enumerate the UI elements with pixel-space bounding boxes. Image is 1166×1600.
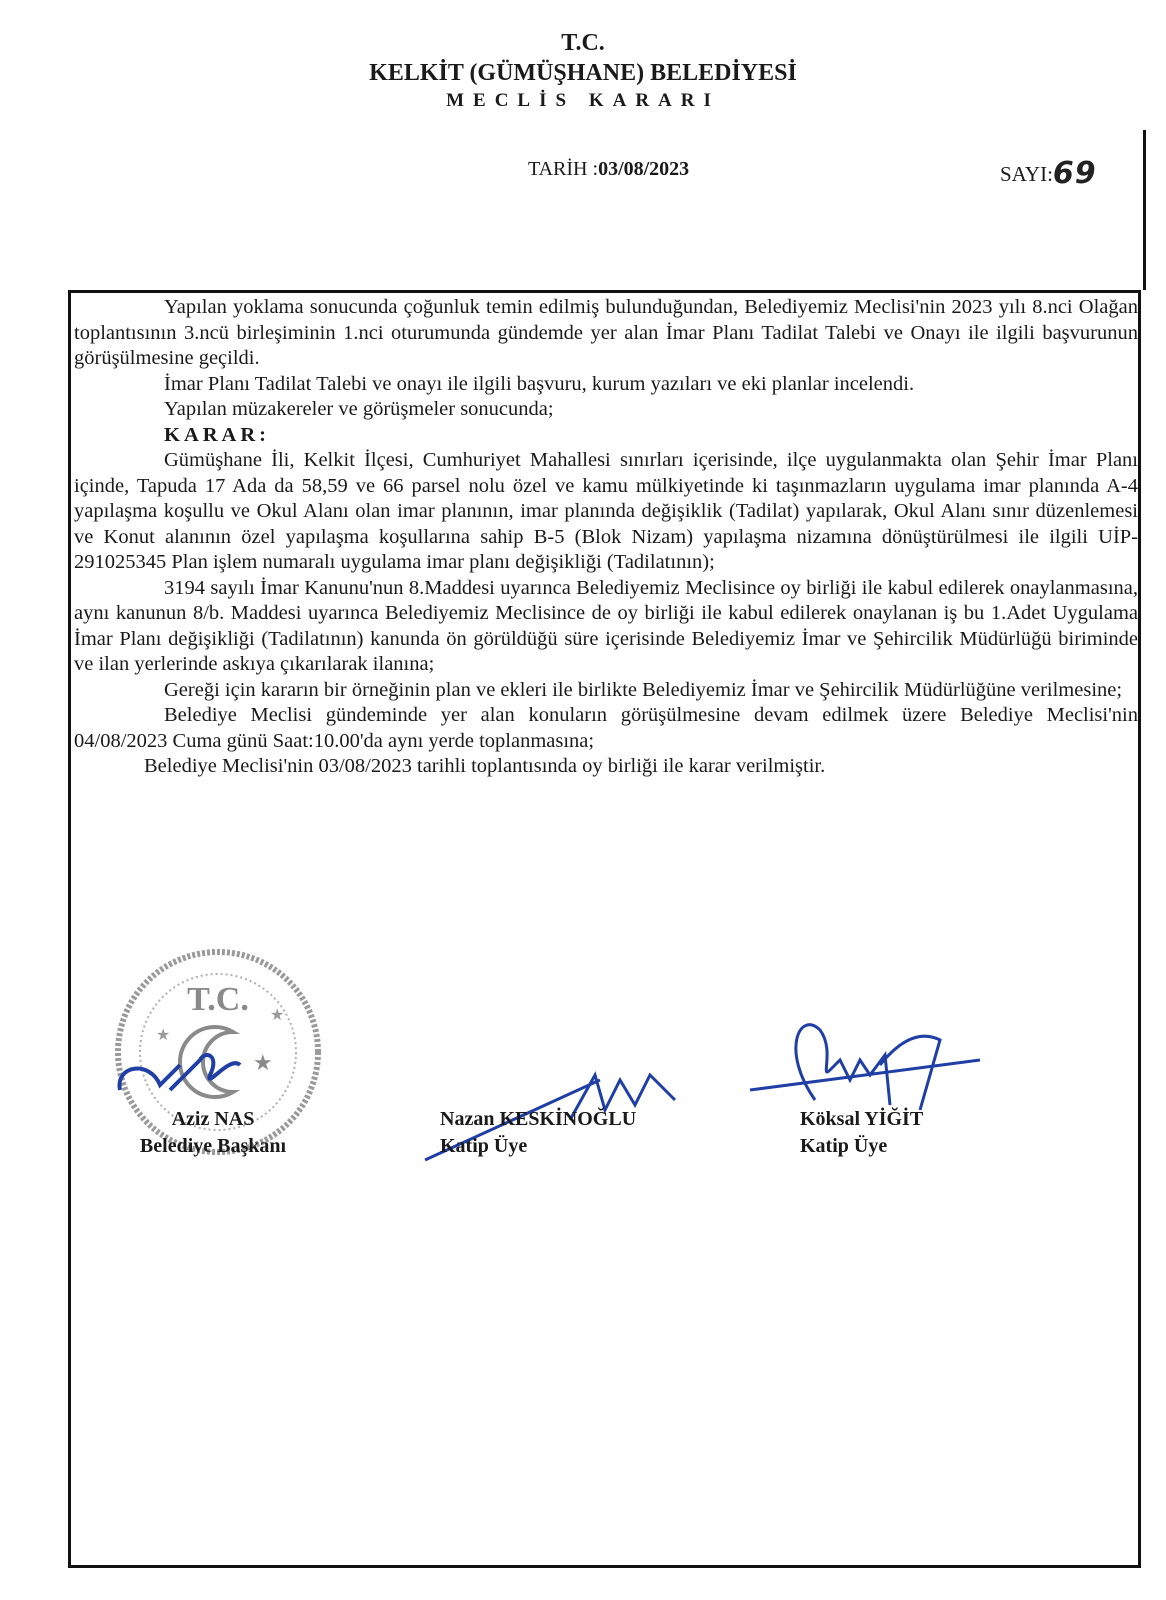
signatory-clerk-2: Köksal YİĞİT Katip Üye — [800, 1106, 1000, 1160]
header-decision-title: MECLİS KARARI — [0, 88, 1166, 114]
paragraph: Yapılan müzakereler ve görüşmeler sonucu… — [74, 397, 1138, 423]
decision-body: Yapılan yoklama sonucunda çoğunluk temin… — [74, 295, 1138, 780]
signatory-title: Katip Üye — [440, 1133, 700, 1160]
paragraph: Yapılan yoklama sonucunda çoğunluk temin… — [74, 295, 1138, 372]
signatory-mayor: Aziz NAS Belediye Başkanı — [118, 1106, 308, 1160]
signatory-name: Nazan KESKİNOĞLU — [440, 1106, 700, 1133]
svg-text:★: ★ — [270, 1007, 284, 1024]
paragraph: İmar Planı Tadilat Talebi ve onayı ile i… — [74, 372, 1138, 398]
decision-number: SAYI:69 — [1000, 154, 1097, 189]
signature-mayor-icon — [110, 1035, 270, 1105]
svg-text:T.C.: T.C. — [187, 981, 249, 1018]
signatory-name: Aziz NAS — [118, 1106, 308, 1133]
paragraph: Gümüşhane İli, Kelkit İlçesi, Cumhuriyet… — [74, 448, 1138, 576]
document-header: T.C. KELKİT (GÜMÜŞHANE) BELEDİYESİ MECLİ… — [0, 28, 1166, 114]
signatory-clerk-1: Nazan KESKİNOĞLU Katip Üye — [440, 1106, 700, 1160]
paragraph: Gereği için kararın bir örneğinin plan v… — [74, 678, 1138, 704]
signature-clerk2-icon — [740, 1010, 990, 1120]
karar-heading: KARAR: — [74, 423, 1138, 449]
signatory-name: Köksal YİĞİT — [800, 1106, 1000, 1133]
number-label: SAYI: — [1000, 162, 1053, 186]
header-tc: T.C. — [0, 28, 1166, 58]
paragraph: Belediye Meclisi'nin 03/08/2023 tarihli … — [74, 754, 1138, 780]
decision-date: TARİH :03/08/2023 — [528, 158, 689, 181]
number-value: 69 — [1053, 156, 1097, 191]
date-value: 03/08/2023 — [598, 158, 689, 180]
signatory-title: Katip Üye — [800, 1133, 1000, 1160]
date-label: TARİH : — [528, 158, 598, 180]
signatory-title: Belediye Başkanı — [118, 1133, 308, 1160]
header-right-rule — [1143, 130, 1146, 290]
paragraph: 3194 sayılı İmar Kanunu'nun 8.Maddesi uy… — [74, 576, 1138, 678]
header-municipality: KELKİT (GÜMÜŞHANE) BELEDİYESİ — [0, 58, 1166, 88]
paragraph: Belediye Meclisi gündeminde yer alan kon… — [74, 703, 1138, 754]
